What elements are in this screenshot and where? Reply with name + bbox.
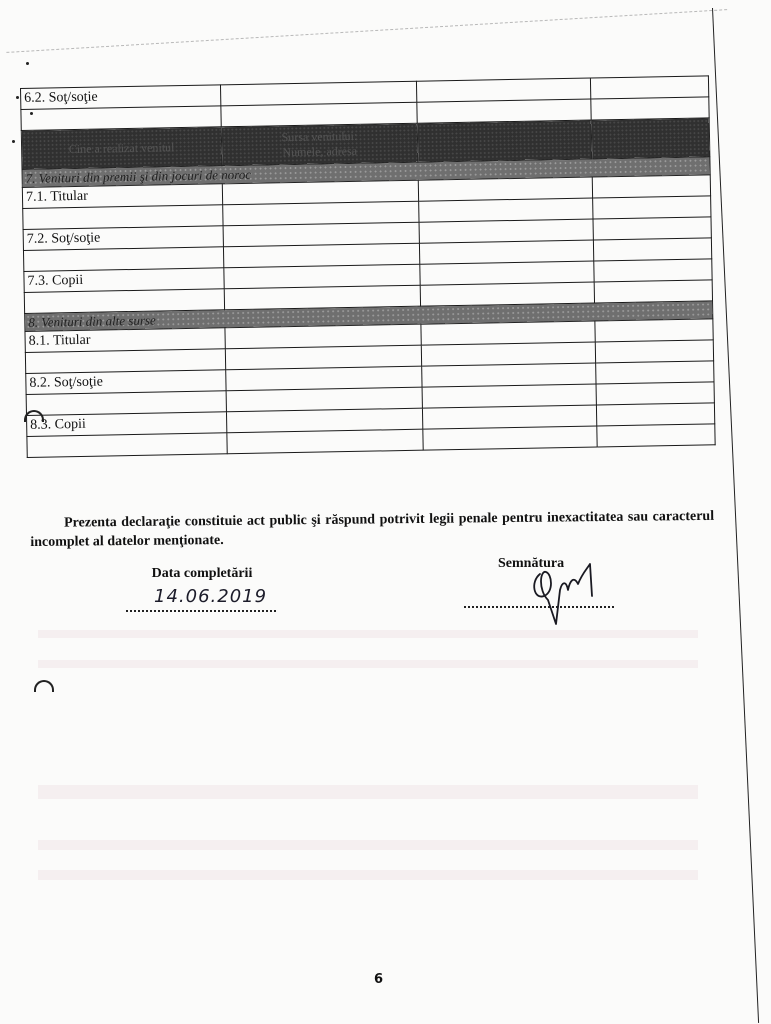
table-cell xyxy=(595,340,713,363)
bleed-through-text xyxy=(38,660,698,668)
table-cell xyxy=(596,361,714,384)
bleed-through-text xyxy=(38,630,698,638)
header-income-source-line2: Numele, adresa xyxy=(225,143,414,161)
scan-speck xyxy=(26,62,29,65)
page-edge-right xyxy=(712,8,759,1023)
table-cell xyxy=(596,403,714,426)
page-number: 6 xyxy=(374,972,383,987)
table-cell xyxy=(593,217,711,240)
bleed-through-text xyxy=(38,785,698,799)
completion-date-value: 14.06.2019 xyxy=(154,586,267,607)
table-cell xyxy=(593,238,711,261)
table-cell xyxy=(594,280,712,303)
table-cell xyxy=(597,424,715,447)
scan-speck xyxy=(12,140,15,143)
bleed-through-text xyxy=(38,870,698,880)
income-declaration-table-page: 6.2. Soţ/soţie Cine a realizat venitul S… xyxy=(20,75,717,458)
declaration-statement: Prezenta declaraţie constituie act publi… xyxy=(30,507,714,552)
row-label xyxy=(27,433,227,458)
table-cell xyxy=(594,259,712,282)
scan-speck xyxy=(16,96,19,99)
table-cell xyxy=(423,426,597,450)
table-cell xyxy=(227,429,423,454)
header-who-earned: Cine a realizat venitul xyxy=(21,127,222,170)
table-cell xyxy=(595,319,713,342)
header-income-source: Sursa venitului: Numele, adresa xyxy=(221,123,418,166)
table-cell xyxy=(596,382,714,405)
table-cell xyxy=(591,97,709,120)
bleed-through-text xyxy=(38,840,698,850)
table-cell xyxy=(593,196,711,219)
header-annual-income xyxy=(591,118,710,159)
header-service xyxy=(417,120,592,162)
table-cell xyxy=(592,175,710,198)
punch-hole-mark xyxy=(34,680,54,692)
completion-date-label: Data completării xyxy=(122,566,282,582)
table-cell xyxy=(590,76,708,99)
income-table: 6.2. Soţ/soţie Cine a realizat venitul S… xyxy=(20,75,716,458)
handwritten-signature-icon xyxy=(526,560,596,630)
page-edge-top xyxy=(6,9,727,54)
